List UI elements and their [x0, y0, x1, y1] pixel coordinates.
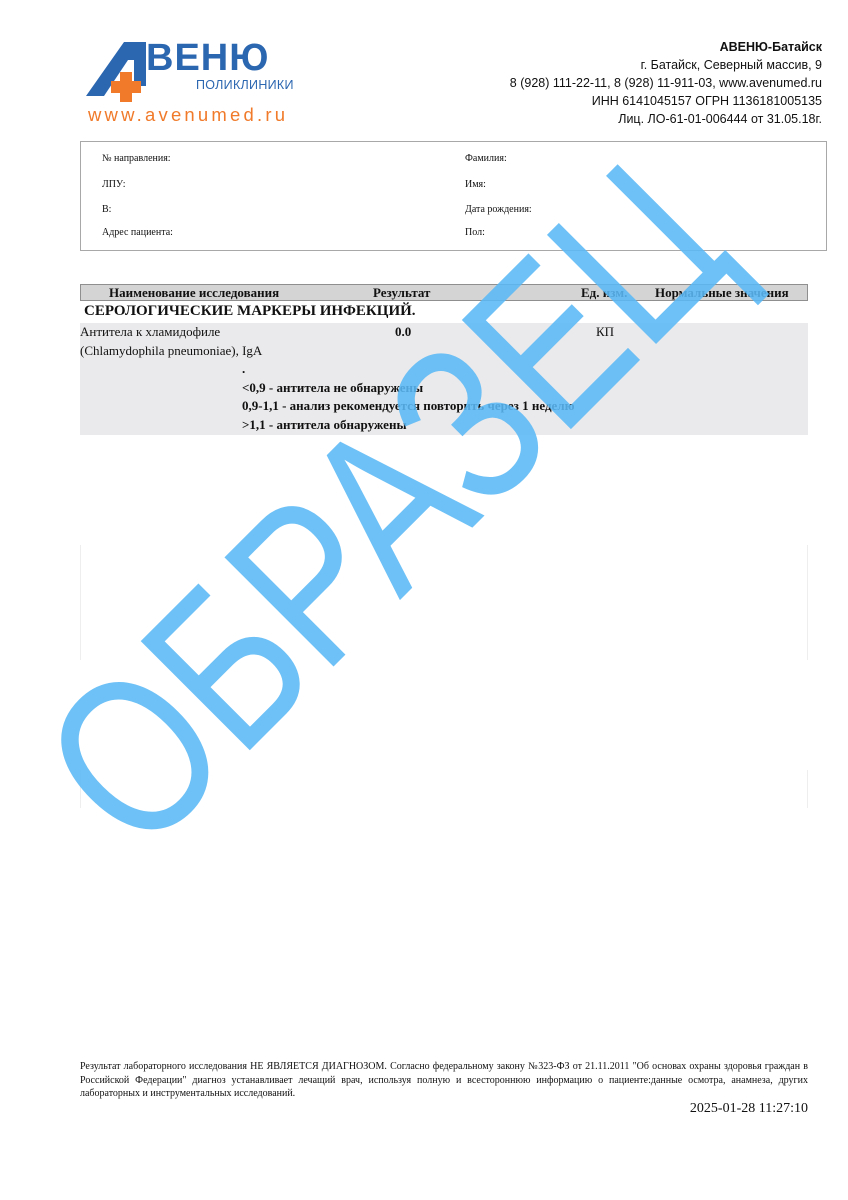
referral-number-label: № направления:: [102, 153, 171, 164]
reference-note: >1,1 - антитела обнаружены: [242, 416, 575, 435]
column-header-normal-values: Нормальные значения: [655, 285, 789, 300]
empty-block: [80, 770, 808, 808]
test-name: Антитела к хламидофиле (Chlamydophila pn…: [80, 323, 280, 360]
clinic-license: Лиц. ЛО-61-01-006444 от 31.05.18г.: [510, 110, 822, 128]
reference-notes: . <0,9 - антитела не обнаружены 0,9-1,1 …: [242, 360, 575, 434]
clinic-logo: ВЕНЮ ПОЛИКЛИНИКИ www.avenumed.ru: [86, 38, 306, 128]
column-header-unit: Ед. изм.: [581, 285, 627, 300]
lpu-label: ЛПУ:: [102, 179, 125, 190]
clinic-contacts: 8 (928) 111-22-11, 8 (928) 11-911-03, ww…: [510, 74, 822, 92]
patient-address-label: Адрес пациента:: [102, 227, 173, 238]
clinic-registration: ИНН 6141045157 ОГРН 1136181005135: [510, 92, 822, 110]
test-name-line1: Антитела к хламидофиле: [80, 323, 280, 342]
logo-url: www.avenumed.ru: [88, 104, 288, 126]
patient-info-box: № направления: ЛПУ: В: Адрес пациента: Ф…: [80, 141, 827, 251]
results-table-header: Наименование исследования Результат Ед. …: [80, 284, 808, 301]
clinic-name: АВЕНЮ-Батайск: [510, 38, 822, 56]
birth-date-label: Дата рождения:: [465, 204, 532, 215]
empty-block: [80, 545, 808, 660]
results-table: Наименование исследования Результат Ед. …: [80, 284, 808, 435]
clinic-address: г. Батайск, Северный массив, 9: [510, 56, 822, 74]
test-result-value: 0.0: [395, 323, 411, 342]
print-timestamp: 2025-01-28 11:27:10: [690, 1101, 808, 1117]
reference-note: .: [242, 360, 575, 379]
column-header-result: Результат: [373, 285, 430, 300]
reference-note: 0,9-1,1 - анализ рекомендуется повторить…: [242, 397, 575, 416]
reference-note: <0,9 - антитела не обнаружены: [242, 379, 575, 398]
logo-title: ВЕНЮ: [146, 38, 269, 78]
logo-subtitle: ПОЛИКЛИНИКИ: [196, 78, 294, 92]
section-title: СЕРОЛОГИЧЕСКИЕ МАРКЕРЫ ИНФЕКЦИЙ.: [80, 301, 808, 323]
disclaimer: Результат лабораторного исследования НЕ …: [80, 1060, 808, 1101]
clinic-info: АВЕНЮ-Батайск г. Батайск, Северный масси…: [510, 38, 822, 128]
column-header-test-name: Наименование исследования: [109, 285, 279, 300]
table-row: Антитела к хламидофиле (Chlamydophila pn…: [80, 323, 808, 435]
first-name-label: Имя:: [465, 179, 486, 190]
test-name-line2: (Chlamydophila pneumoniae), IgA: [80, 342, 280, 361]
v-label: В:: [102, 204, 111, 215]
surname-label: Фамилия:: [465, 153, 507, 164]
test-unit: КП: [596, 323, 614, 342]
sex-label: Пол:: [465, 227, 485, 238]
